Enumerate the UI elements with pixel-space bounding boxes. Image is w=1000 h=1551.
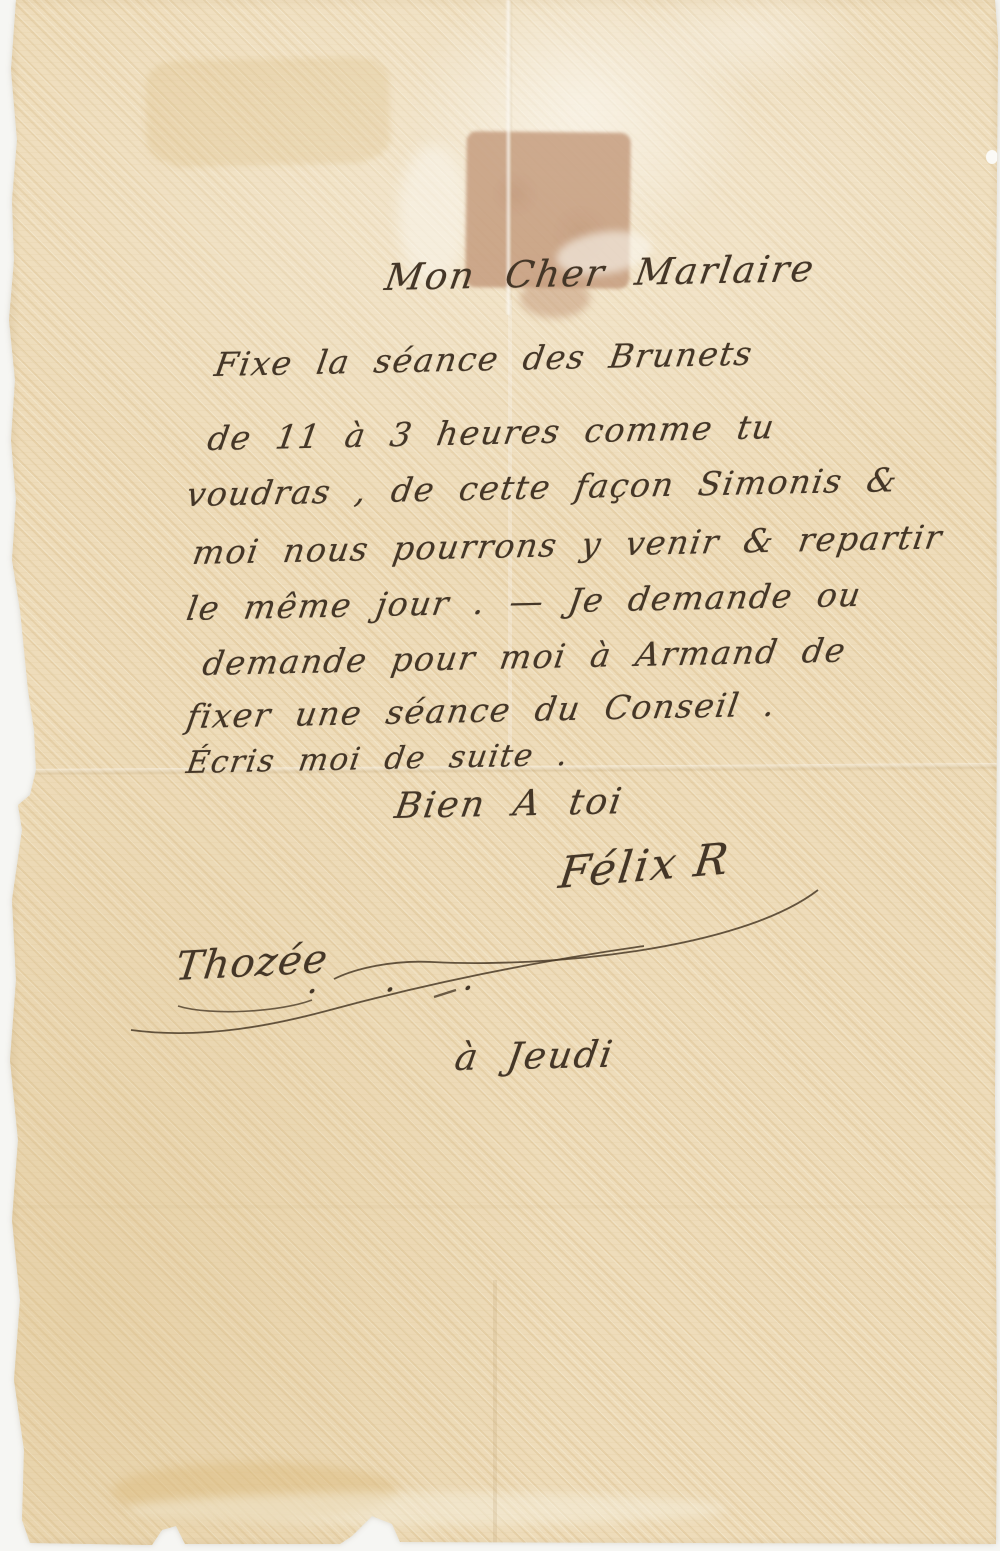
paper-fleck-right: [986, 150, 998, 164]
letter-line-5: le même jour . — Je demande ou: [184, 575, 865, 628]
pen-flourish-strokes: [0, 0, 1000, 1551]
stain-bottom-left: [112, 1462, 398, 1520]
postscript-text: à Jeudi: [452, 1033, 617, 1079]
letter-line-6: demande pour moi à Armand de: [200, 631, 849, 683]
signature-text: Félix R: [556, 834, 733, 899]
place-trailing-dots: . . .: [305, 958, 506, 1002]
vertical-fold-crease-bottom: [493, 1280, 497, 1544]
letter-line-7: fixer une séance du Conseil .: [184, 685, 779, 736]
tape-stain-top-left: [145, 55, 391, 166]
letter-line-2: de 11 à 3 heures comme tu: [205, 407, 778, 458]
closing-text: Bien A toi: [392, 781, 626, 827]
paper-wrap: Mon Cher Marlaire Fixe la séance des Bru…: [0, 0, 1000, 1551]
salutation-text: Mon Cher Marlaire: [382, 247, 818, 299]
faint-horizontal-crease: [0, 1205, 1000, 1208]
pale-streak-bottom: [128, 1492, 728, 1526]
letter-line-3: voudras , de cette façon Simonis &: [184, 460, 901, 514]
letter-line-8: Écris moi de suite .: [184, 737, 572, 781]
discoloration-top-right: [630, 0, 870, 90]
letter-line-4: moi nous pourrons y venir & repartir: [190, 517, 946, 572]
scan-background: Mon Cher Marlaire Fixe la séance des Bru…: [0, 0, 1000, 1551]
letter-paper: Mon Cher Marlaire Fixe la séance des Bru…: [0, 0, 1000, 1551]
letter-line-1: Fixe la séance des Brunets: [212, 334, 756, 384]
discoloration-top-center: [408, 0, 758, 250]
